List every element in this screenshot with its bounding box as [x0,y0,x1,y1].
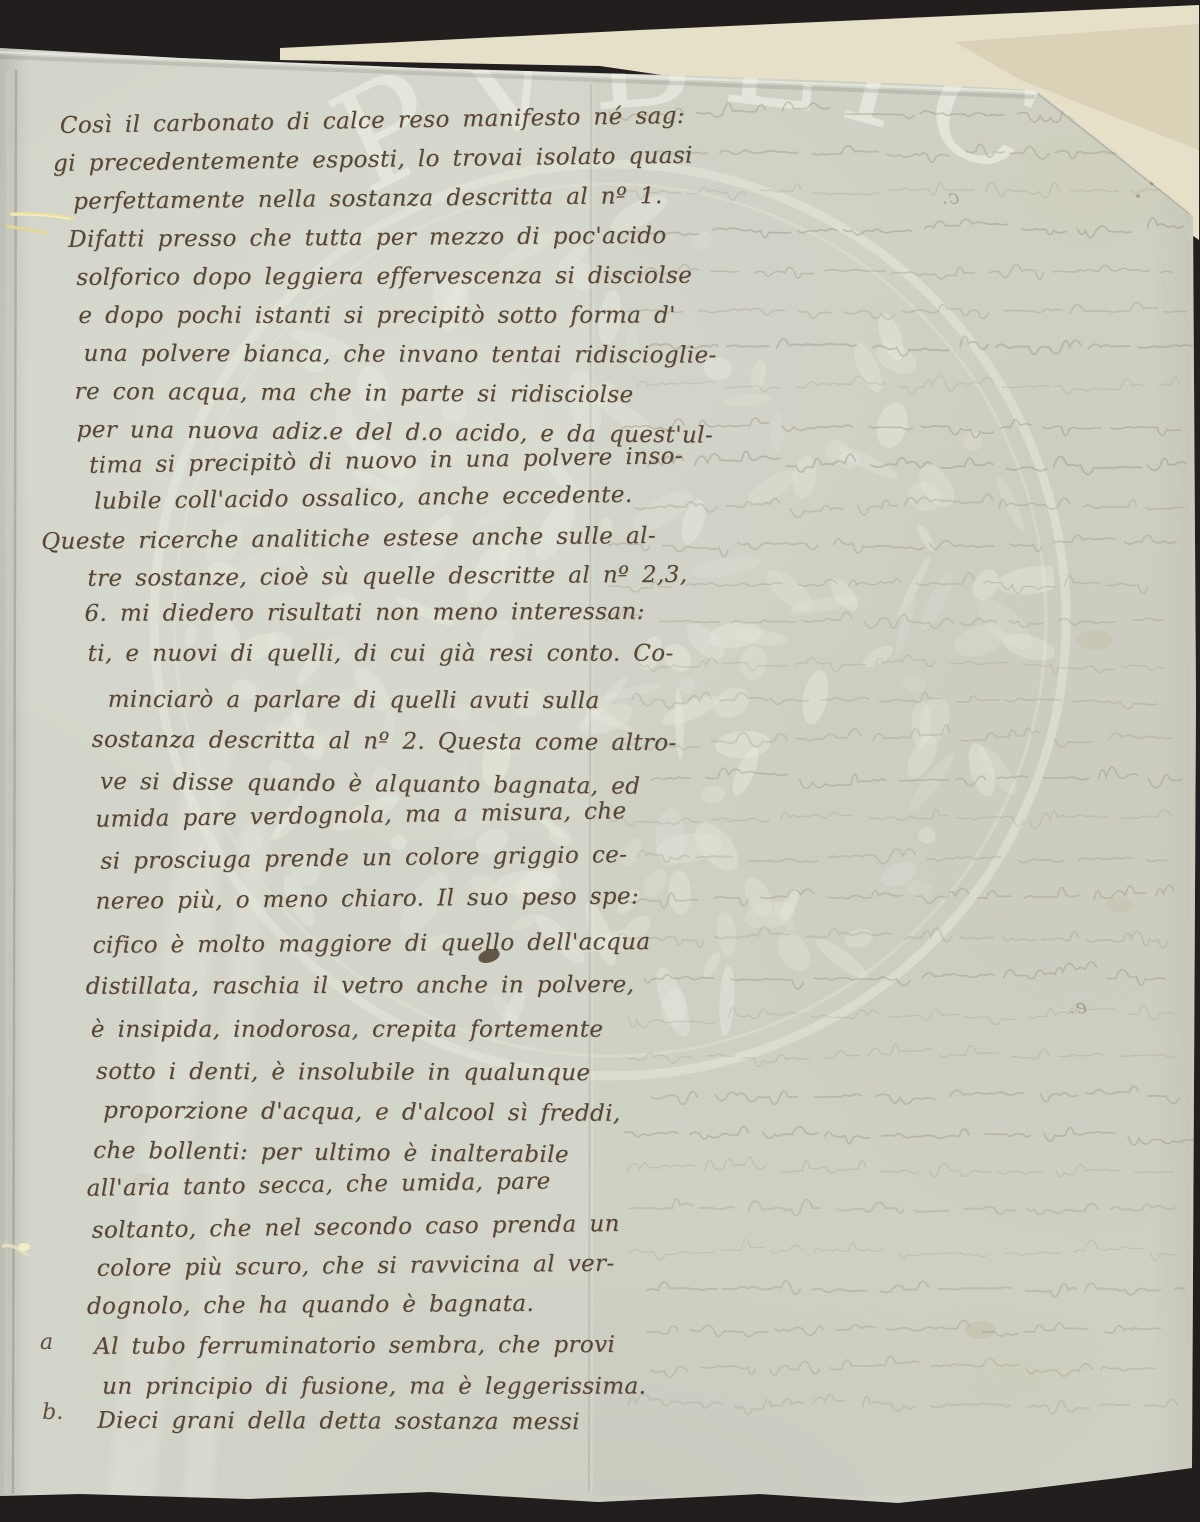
manuscript-line: tima si precipitò di nuovo in una polver… [89,444,683,478]
manuscript-line: un principio di fusione, ma è leggerissi… [102,1375,646,1399]
manuscript-line: sostanza descritta al nº 2. Questa come … [92,728,677,756]
handwritten-text-block: a b. c. e. Così il carbonato di calce re… [0,0,1200,1522]
manuscript-line: perfettamente nella sostanza descritta a… [73,184,663,214]
manuscript-page: PVBLIC [0,0,1200,1522]
manuscript-line: all'aria tanto secca, che umida, pare [86,1169,550,1201]
manuscript-line: si prosciuga prende un colore griggio ce… [100,843,627,874]
manuscript-line: minciarò a parlare di quelli avuti sulla [108,688,600,714]
manuscript-line: una polvere bianca, che invano tentai ri… [83,342,716,368]
manuscript-line: Al tubo ferruminatorio sembra, che provi [94,1333,615,1359]
manuscript-line: sotto i denti, è insolubile in qualunque [96,1060,591,1086]
manuscript-line: nereo più, o meno chiaro. Il suo peso sp… [95,884,639,913]
manuscript-line: distillata, raschia il vetro anche in po… [86,973,635,999]
manuscript-line: ve si disse quando è alquanto bagnata, e… [100,770,641,799]
manuscript-line: che bollenti: per ultimo è inalterabile [93,1139,569,1167]
manuscript-line: Difatti presso che tutta per mezzo di po… [68,224,667,252]
manuscript-line: e dopo pochi istanti si precipitò sotto … [78,304,675,328]
manuscript-line: umida pare verdognola, ma a misura, che [95,799,627,832]
manuscript-line: proporzione d'acqua, e d'alcool sì fredd… [103,1099,621,1126]
bleedthrough-margin-mark-c: c. [942,187,960,207]
manuscript-line: soltanto, che nel secondo caso prenda un [92,1212,620,1243]
manuscript-line: solforico dopo leggiera effervescenza si… [76,264,692,290]
manuscript-line: 6. mi diedero risultati non meno interes… [84,600,644,626]
manuscript-line: re con acqua, ma che in parte si ridisci… [75,380,634,407]
photographed-manuscript: PVBLIC [0,0,1200,1522]
manuscript-line: per una nuova adiz.e del d.o acido, e da… [77,418,714,448]
manuscript-line: è insipida, inodorosa, crepita fortement… [91,1018,603,1042]
manuscript-line: lubile coll'acido ossalico, anche eccede… [94,483,633,514]
manuscript-line: gi precedentemente esposti, lo trovai is… [53,144,693,176]
manuscript-line: Dieci grani della detta sostanza messi [97,1409,580,1434]
manuscript-line: ti, e nuovi di quelli, di cui già resi c… [88,642,674,666]
margin-mark-b: b. [42,1402,63,1424]
manuscript-line: dognolo, che ha quando è bagnata. [87,1292,534,1319]
manuscript-line: Queste ricerche analitiche estese anche … [41,524,656,554]
manuscript-line: colore più scuro, che si ravvicina al ve… [97,1252,615,1281]
bleedthrough-margin-mark-e: e. [1069,996,1087,1016]
manuscript-line: tre sostanze, cioè sù quelle descritte a… [87,563,687,591]
manuscript-line: cifico è molto maggiore di quello dell'a… [93,930,651,958]
manuscript-line: Così il carbonato di calce reso manifest… [60,104,685,138]
margin-mark-a: a [40,1332,53,1354]
